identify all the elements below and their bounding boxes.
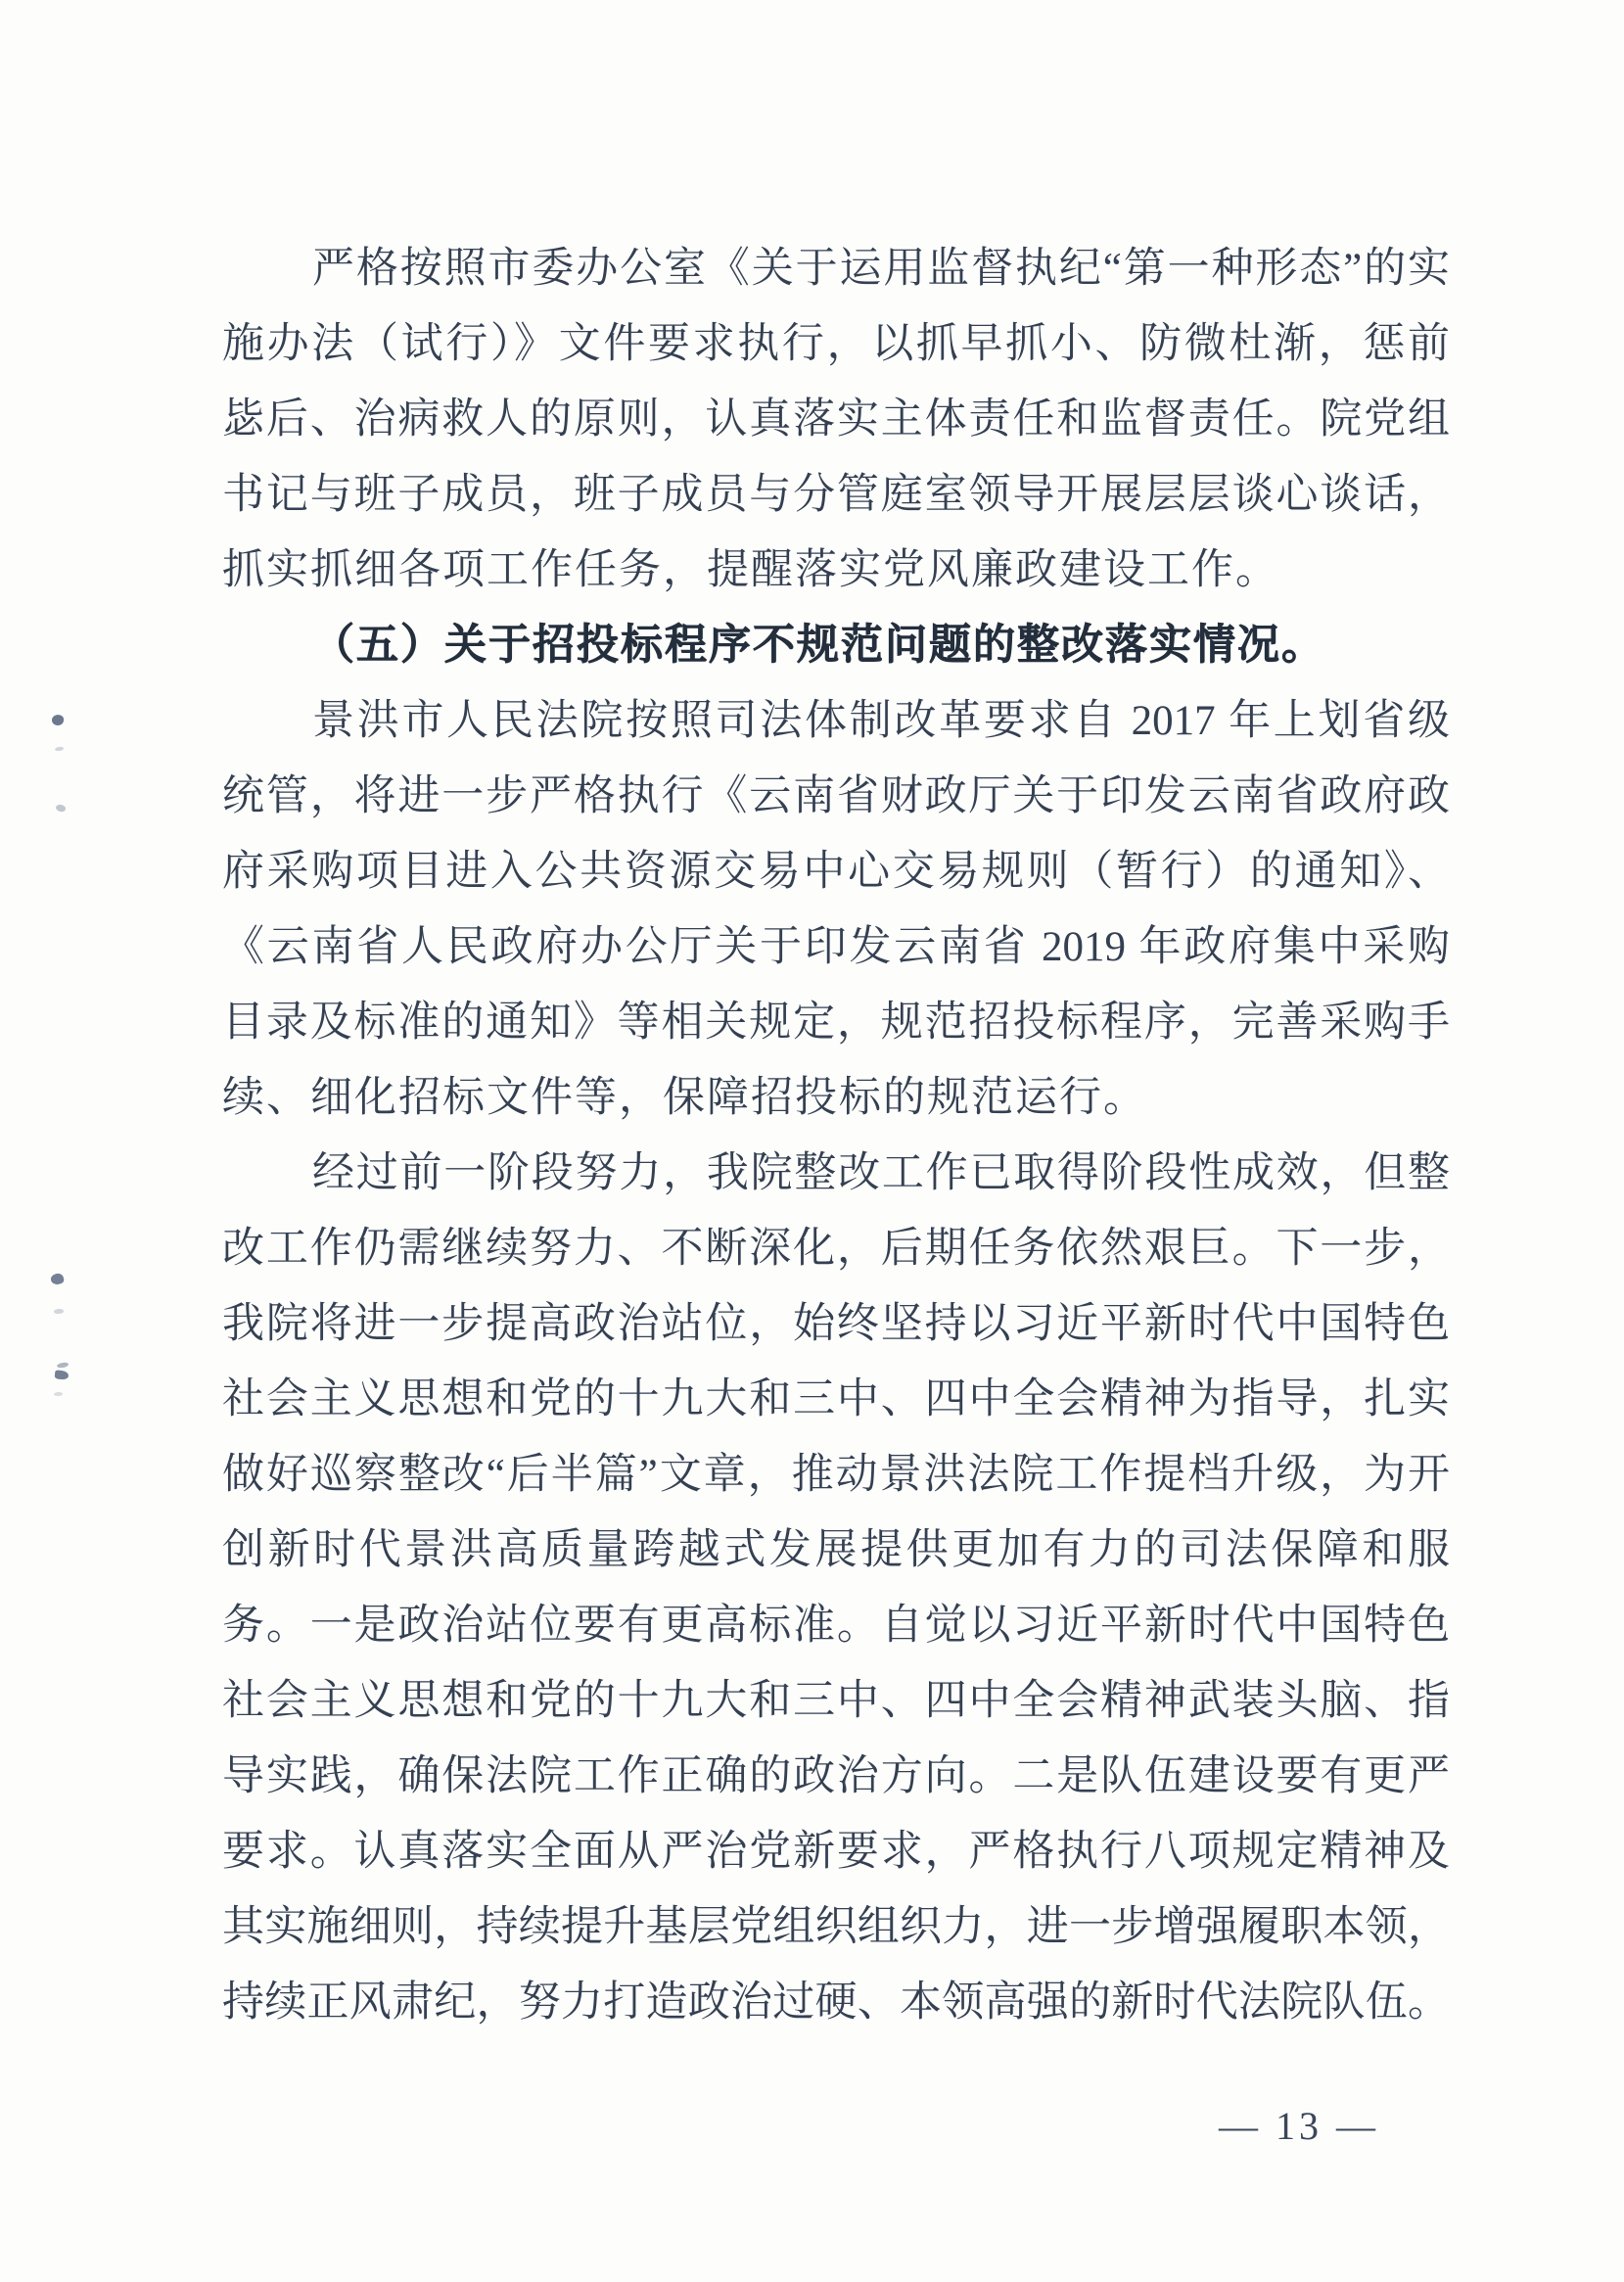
ink-speck <box>57 1362 70 1369</box>
text-line: 施办法（试行）》文件要求执行，以抓早抓小、防微杜渐，惩前 <box>222 306 1450 382</box>
text-line: 目录及标准的通知》等相关规定，规范招投标程序，完善采购手 <box>222 985 1450 1060</box>
ink-speck <box>50 1273 65 1286</box>
page-number: — 13 — <box>1219 2097 1434 2156</box>
ink-speck <box>54 1392 63 1396</box>
text-line: 府采购项目进入公共资源交易中心交易规则（暂行）的通知》、 <box>222 834 1450 909</box>
text-line: 导实践，确保法院工作正确的政治方向。二是队伍建设要有更严 <box>222 1739 1450 1814</box>
scanned-document-page: 严格按照市委办公室《关于运用监督执纪“第一种形态”的实施办法（试行）》文件要求执… <box>0 0 1624 2282</box>
text-line: 持续正风肃纪，努力打造政治过硬、本领高强的新时代法院队伍。 <box>222 1965 1450 2040</box>
text-line: 改工作仍需继续努力、不断深化，后期任务依然艰巨。下一步， <box>222 1211 1450 1286</box>
text-line: 创新时代景洪高质量跨越式发展提供更加有力的司法保障和服 <box>222 1513 1450 1588</box>
text-line: 我院将进一步提高政治站位，始终坚持以习近平新时代中国特色 <box>222 1286 1450 1362</box>
text-line: 统管，将进一步严格执行《云南省财政厅关于印发云南省政府政 <box>222 759 1450 834</box>
document-body-text: 严格按照市委办公室《关于运用监督执纪“第一种形态”的实施办法（试行）》文件要求执… <box>222 231 1450 2040</box>
text-line: 毖后、治病救人的原则，认真落实主体责任和监督责任。院党组 <box>222 382 1450 457</box>
text-line: 书记与班子成员，班子成员与分管庭室领导开展层层谈心谈话， <box>222 457 1450 533</box>
text-line: 抓实抓细各项工作任务，提醒落实党风廉政建设工作。 <box>222 533 1450 608</box>
text-line: 做好巡察整改“后半篇”文章，推动景洪法院工作提档升级，为开 <box>222 1437 1450 1513</box>
text-line: 景洪市人民法院按照司法体制改革要求自 2017 年上划省级 <box>222 683 1450 759</box>
text-line: 社会主义思想和党的十九大和三中、四中全会精神为指导，扎实 <box>222 1362 1450 1437</box>
text-line: 其实施细则，持续提升基层党组织组织力，进一步增强履职本领， <box>222 1889 1450 1965</box>
text-line: 经过前一阶段努力，我院整改工作已取得阶段性成效，但整 <box>222 1136 1450 1211</box>
text-line: 严格按照市委办公室《关于运用监督执纪“第一种形态”的实 <box>222 231 1450 306</box>
ink-speck <box>54 1309 64 1314</box>
text-line: 务。一是政治站位要有更高标准。自觉以习近平新时代中国特色 <box>222 1588 1450 1663</box>
ink-speck <box>55 804 67 814</box>
ink-speck <box>55 1370 70 1379</box>
text-line: 续、细化招标文件等，保障招投标的规范运行。 <box>222 1060 1450 1136</box>
section-heading: （五）关于招投标程序不规范问题的整改落实情况。 <box>222 608 1450 683</box>
text-line: 要求。认真落实全面从严治党新要求，严格执行八项规定精神及 <box>222 1814 1450 1889</box>
ink-speck <box>51 714 65 726</box>
ink-speck <box>55 747 64 752</box>
text-line: 《云南省人民政府办公厅关于印发云南省 2019 年政府集中采购 <box>222 909 1450 985</box>
text-line: 社会主义思想和党的十九大和三中、四中全会精神武装头脑、指 <box>222 1663 1450 1739</box>
